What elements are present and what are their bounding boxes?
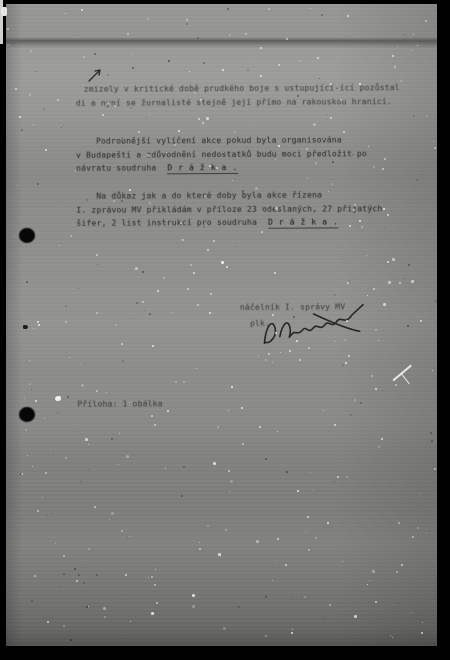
grain-speck	[268, 353, 270, 355]
grain-speck	[317, 57, 319, 59]
grain-speck	[413, 34, 414, 35]
grain-speck	[114, 105, 116, 107]
grain-speck	[86, 199, 88, 201]
grain-speck	[190, 264, 192, 266]
grain-speck	[323, 410, 324, 411]
grain-speck	[129, 402, 130, 403]
grain-speck	[76, 580, 78, 582]
typed-line: zmizely v kritické době prudkého boje s …	[84, 81, 400, 96]
grain-speck	[265, 458, 267, 460]
typed-line: návratu soudruhaD r á ž k a .	[76, 161, 238, 175]
grain-speck	[136, 302, 138, 304]
grain-speck	[121, 200, 123, 202]
grain-speck	[220, 556, 221, 557]
grain-speck	[265, 359, 267, 361]
grain-speck	[280, 352, 281, 353]
grain-speck	[371, 375, 373, 377]
grain-speck	[203, 62, 205, 64]
grain-speck	[14, 235, 15, 236]
grain-speck	[276, 562, 277, 563]
grain-speck	[94, 506, 96, 508]
grain-speck	[241, 407, 243, 409]
grain-speck	[17, 185, 18, 186]
grain-speck	[74, 568, 76, 570]
grain-speck	[256, 540, 259, 543]
document-scan: zmizely v kritické době prudkého boje s …	[0, 0, 450, 660]
grain-speck	[408, 264, 410, 266]
grain-speck	[192, 594, 195, 597]
grain-speck	[255, 187, 258, 190]
grain-speck	[210, 293, 212, 295]
typed-text-layer: zmizely v kritické době prudkého boje s …	[0, 0, 450, 660]
grain-speck	[104, 616, 106, 618]
grain-speck	[363, 283, 364, 284]
grain-speck	[73, 37, 74, 38]
grain-speck	[47, 621, 49, 623]
grain-speck	[231, 386, 233, 388]
typed-line: di a nyní se žurnalisté stejně její přím…	[76, 95, 392, 110]
grain-speck	[38, 324, 40, 326]
grain-speck	[199, 548, 201, 550]
grain-speck	[222, 69, 224, 71]
grain-speck	[61, 127, 62, 128]
attachment-line: Příloha: 1 obálka	[77, 397, 162, 410]
grain-speck	[268, 8, 270, 10]
grain-speck	[383, 303, 386, 306]
grain-speck	[347, 15, 349, 17]
grain-speck	[345, 362, 347, 364]
grain-speck	[228, 470, 230, 472]
grain-speck	[310, 8, 311, 9]
grain-speck	[130, 107, 132, 109]
grain-speck	[265, 635, 267, 637]
grain-speck	[174, 144, 176, 146]
grain-speck	[387, 214, 389, 216]
grain-speck	[65, 321, 67, 323]
grain-speck	[147, 154, 150, 157]
grain-speck	[329, 604, 331, 606]
grain-speck	[31, 600, 33, 602]
grain-speck	[181, 495, 183, 497]
grain-speck	[381, 438, 383, 440]
grain-speck	[388, 281, 391, 284]
grain-speck	[209, 312, 211, 314]
grain-speck	[332, 161, 334, 163]
grain-speck	[367, 584, 368, 585]
grain-speck	[308, 347, 310, 349]
grain-speck	[407, 325, 409, 327]
grain-speck	[151, 576, 153, 578]
grain-speck	[366, 255, 367, 256]
grain-speck	[413, 115, 415, 117]
grain-speck	[85, 438, 88, 441]
grain-speck	[156, 602, 158, 604]
underlined-name: D r á ž k a .	[268, 217, 338, 228]
grain-speck	[234, 131, 236, 133]
grain-speck	[334, 481, 335, 482]
grain-speck	[47, 515, 48, 516]
grain-speck	[354, 204, 356, 206]
grain-speck	[313, 123, 316, 126]
grain-speck	[373, 166, 375, 168]
grain-speck	[37, 183, 39, 185]
grain-speck	[168, 60, 170, 62]
grain-speck	[193, 272, 195, 274]
grain-speck	[265, 596, 267, 598]
grain-speck	[192, 605, 195, 608]
grain-speck	[144, 310, 145, 311]
grain-speck	[37, 510, 39, 512]
grain-speck	[387, 261, 389, 263]
grain-speck	[178, 130, 180, 132]
grain-speck	[171, 312, 172, 313]
grain-speck	[96, 312, 98, 314]
grain-speck	[29, 360, 30, 361]
grain-speck	[260, 75, 262, 77]
grain-speck	[180, 222, 182, 224]
grain-speck	[63, 573, 65, 575]
typed-line: v Budapešti a zdůvodnění nedostatků budu…	[76, 147, 367, 162]
grain-speck	[412, 536, 414, 538]
grain-speck	[375, 601, 377, 603]
grain-speck	[285, 564, 287, 566]
grain-speck	[194, 92, 196, 94]
grain-speck	[207, 525, 209, 527]
grain-speck	[197, 37, 199, 39]
grain-speck	[157, 290, 159, 292]
grain-speck	[183, 466, 185, 468]
grain-speck	[330, 83, 332, 85]
grain-speck	[364, 211, 365, 212]
grain-speck	[111, 512, 114, 515]
grain-speck	[186, 23, 188, 25]
grain-speck	[201, 97, 202, 98]
grain-speck	[15, 88, 17, 90]
grain-speck	[404, 34, 405, 35]
grain-speck	[198, 118, 200, 120]
grain-speck	[126, 455, 129, 458]
grain-speck	[218, 143, 219, 144]
grain-speck	[238, 606, 240, 608]
grain-speck	[119, 433, 120, 434]
grain-speck	[310, 472, 311, 473]
grain-speck	[19, 116, 21, 118]
grain-speck	[261, 231, 263, 233]
grain-speck	[397, 46, 398, 47]
grain-speck	[154, 562, 155, 563]
grain-speck	[401, 564, 403, 566]
grain-speck	[81, 9, 83, 11]
grain-speck	[293, 316, 295, 318]
grain-speck	[396, 571, 398, 573]
grain-speck	[416, 179, 418, 181]
grain-speck	[347, 282, 349, 284]
grain-speck	[152, 345, 154, 347]
grain-speck	[378, 446, 380, 448]
grain-speck	[274, 272, 276, 274]
grain-speck	[370, 207, 372, 209]
grain-speck	[80, 481, 81, 482]
grain-speck	[297, 490, 299, 492]
grain-speck	[223, 627, 226, 630]
grain-speck	[37, 321, 39, 323]
grain-speck	[353, 209, 355, 211]
grain-speck	[299, 359, 301, 361]
grain-speck	[297, 95, 299, 97]
grain-speck	[260, 47, 262, 49]
grain-speck	[151, 415, 153, 417]
grain-speck	[326, 409, 327, 410]
grain-speck	[417, 527, 419, 529]
grain-speck	[151, 612, 154, 615]
grain-speck	[102, 114, 104, 116]
grain-speck	[107, 102, 110, 105]
grain-speck	[382, 390, 383, 391]
grain-speck	[132, 67, 134, 69]
grain-speck	[26, 281, 28, 283]
grain-speck	[359, 83, 361, 85]
grain-speck	[419, 493, 420, 494]
grain-speck	[127, 33, 129, 35]
grain-speck	[111, 438, 113, 440]
grain-speck	[435, 300, 437, 302]
grain-speck	[142, 301, 144, 303]
grain-speck	[88, 444, 89, 445]
grain-speck	[86, 532, 87, 533]
grain-speck	[125, 574, 127, 576]
grain-speck	[384, 228, 385, 229]
grain-speck	[135, 267, 138, 270]
grain-speck	[121, 343, 123, 345]
typed-text: návratu soudruha	[76, 163, 156, 172]
grain-speck	[197, 304, 199, 306]
grain-speck	[113, 200, 115, 202]
grain-speck	[340, 99, 342, 101]
grain-speck	[258, 355, 259, 356]
grain-speck	[34, 575, 36, 577]
grain-speck	[400, 80, 402, 82]
grain-speck	[122, 138, 124, 140]
grain-speck	[304, 596, 306, 598]
grain-speck	[213, 240, 215, 242]
grain-speck	[411, 280, 414, 283]
grain-speck	[250, 321, 251, 322]
grain-speck	[434, 147, 436, 149]
grain-speck	[433, 141, 434, 142]
grain-speck	[323, 618, 324, 619]
grain-speck	[203, 226, 205, 228]
grain-speck	[149, 202, 151, 204]
grain-speck	[130, 318, 131, 319]
grain-speck	[81, 384, 84, 387]
grain-speck	[78, 574, 80, 576]
grain-speck	[392, 55, 394, 57]
grain-speck	[278, 145, 280, 147]
grain-speck	[278, 64, 280, 66]
grain-speck	[434, 468, 436, 470]
grain-speck	[167, 410, 169, 412]
grain-speck	[70, 639, 72, 641]
grain-speck	[206, 117, 209, 120]
grain-speck	[21, 129, 23, 131]
grain-speck	[25, 429, 27, 431]
grain-speck	[296, 340, 298, 342]
grain-speck	[57, 412, 59, 414]
grain-speck	[330, 117, 332, 119]
grain-speck	[361, 226, 363, 228]
grain-speck	[59, 245, 60, 246]
grain-speck	[272, 314, 274, 316]
grain-speck	[354, 615, 357, 618]
grain-speck	[43, 108, 45, 110]
grain-speck	[331, 183, 333, 185]
grain-speck	[78, 288, 79, 289]
grain-speck	[430, 432, 432, 434]
grain-speck	[213, 462, 216, 465]
grain-speck	[230, 480, 233, 483]
grain-speck	[130, 621, 131, 622]
typed-line: Podrobnější vylíčení akce pokud byla org…	[96, 133, 342, 147]
grain-speck	[275, 332, 277, 334]
grain-speck	[421, 632, 423, 634]
grain-speck	[354, 399, 356, 401]
underlined-name: D r á ž k a .	[167, 163, 237, 174]
grain-speck	[348, 355, 350, 357]
grain-speck	[149, 313, 151, 315]
grain-speck	[83, 56, 85, 58]
grain-speck	[275, 207, 278, 210]
grain-speck	[402, 501, 403, 502]
grain-speck	[115, 324, 117, 326]
grain-speck	[382, 168, 384, 170]
grain-speck	[245, 33, 247, 35]
grain-speck	[88, 548, 90, 550]
grain-speck	[42, 497, 43, 498]
grain-speck	[247, 69, 249, 71]
grain-speck	[24, 398, 25, 399]
grain-speck	[350, 414, 352, 416]
grain-speck	[360, 402, 362, 404]
grain-speck	[88, 469, 89, 470]
grain-speck	[259, 426, 261, 428]
grain-speck	[96, 574, 98, 576]
grain-speck	[242, 190, 244, 192]
grain-speck	[346, 36, 347, 37]
grain-speck	[337, 476, 339, 478]
grain-speck	[186, 19, 188, 21]
grain-speck	[383, 208, 385, 210]
grain-speck	[275, 159, 276, 160]
grain-speck	[45, 638, 46, 639]
grain-speck	[286, 471, 288, 473]
grain-speck	[425, 20, 427, 22]
grain-speck	[346, 421, 347, 422]
grain-speck	[373, 288, 375, 290]
grain-speck	[35, 400, 37, 402]
grain-speck	[399, 282, 401, 284]
grain-speck	[187, 288, 189, 290]
grain-speck	[392, 258, 395, 261]
grain-speck	[346, 476, 348, 478]
grain-speck	[103, 607, 106, 610]
grain-speck	[166, 152, 167, 153]
grain-speck	[86, 606, 88, 608]
grain-speck	[154, 424, 156, 426]
grain-speck	[63, 555, 65, 557]
grain-speck	[67, 396, 69, 398]
grain-speck	[372, 570, 375, 573]
grain-speck	[359, 220, 361, 222]
grain-speck	[153, 159, 154, 160]
grain-speck	[349, 225, 351, 227]
grain-speck	[154, 584, 156, 586]
grain-speck	[338, 46, 339, 47]
grain-speck	[183, 381, 185, 383]
grain-speck	[147, 18, 149, 20]
grain-speck	[319, 78, 320, 79]
grain-speck	[44, 418, 45, 419]
typed-line: šifer, 2 list instrukcí pro soudruhaD r …	[76, 215, 338, 229]
grain-speck	[217, 426, 219, 428]
grain-speck	[57, 99, 59, 101]
